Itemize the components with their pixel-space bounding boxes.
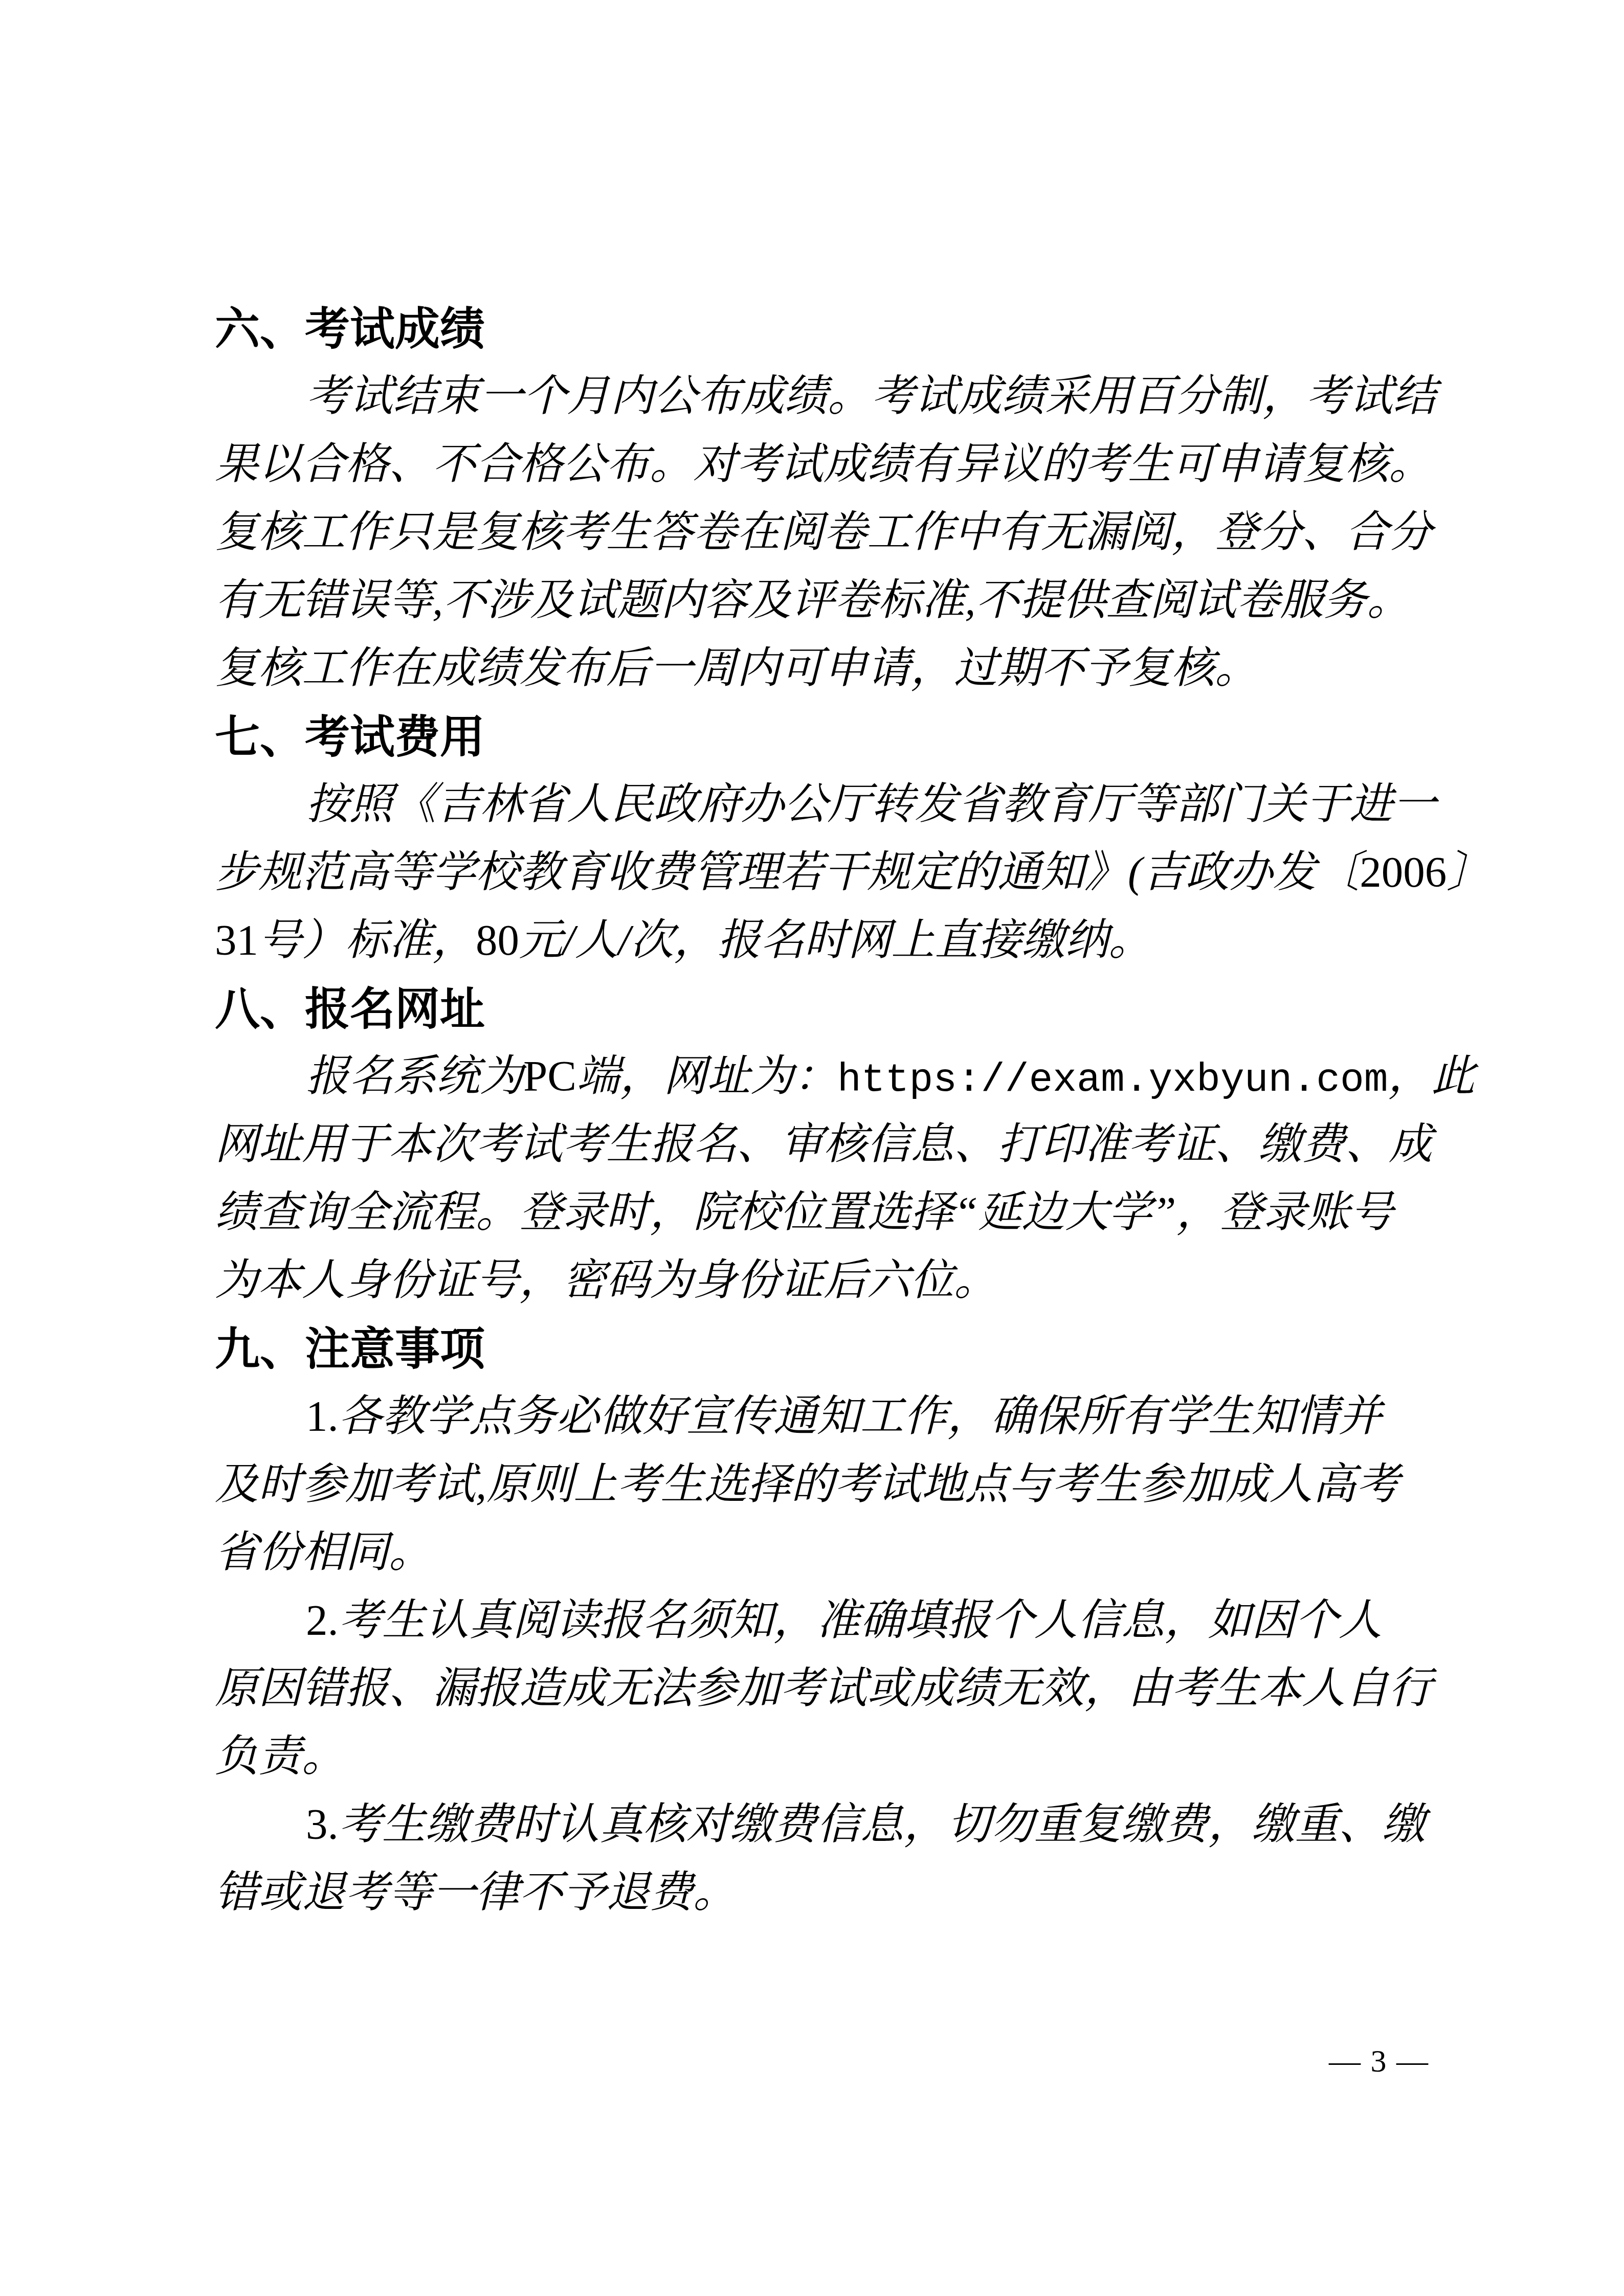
text-line: 为本人身份证号，密码为身份证后六位。 — [215, 1247, 1442, 1315]
text-segment: 31 — [215, 916, 258, 964]
text-segment: 〕 — [1447, 848, 1490, 896]
text-segment: 复核工作在成绩发布后一周内可申请，过期不予复核。 — [215, 644, 1258, 692]
section-heading: 八、报名网址 — [215, 975, 1442, 1043]
text-segment: 绩查询全流程。登录时，院校位置选择“延边大学”，登录账号 — [215, 1188, 1394, 1236]
text-segment: ，此 — [1388, 1052, 1475, 1100]
text-segment: 错或退考等一律不予退费。 — [215, 1869, 737, 1917]
text-segment: PC — [523, 1052, 576, 1100]
text-segment: 省份相同。 — [215, 1528, 432, 1577]
text-segment: 考生认真阅读报名须知，准确填报个人信息，如因个人 — [339, 1596, 1382, 1645]
text-segment: 号）标准， — [258, 916, 476, 964]
text-segment: 七、考试费用 — [215, 711, 485, 762]
text-line: 31号）标准，80元/人/次，报名时网上直接缴纳。 — [215, 907, 1442, 975]
text-segment: 复核工作只是复核考生答卷在阅卷工作中有无漏阅，登分、合分 — [215, 508, 1432, 556]
text-segment: 按照《吉林省人民政府办公厅转发省教育厅等部门关于进一 — [306, 780, 1436, 828]
text-segment: 为本人身份证号，密码为身份证后六位。 — [215, 1256, 997, 1304]
text-line: 步规范高等学校教育收费管理若干规定的通知》(吉政办发〔2006〕 — [215, 839, 1442, 907]
text-line: 错或退考等一律不予退费。 — [215, 1859, 1442, 1927]
text-line: 1.各教学点务必做好宣传通知工作，确保所有学生知情并 — [215, 1383, 1442, 1451]
text-segment: 端，网址为： — [576, 1052, 837, 1100]
text-line: 复核工作在成绩发布后一周内可申请，过期不予复核。 — [215, 635, 1442, 703]
text-line: 3.考生缴费时认真核对缴费信息，切勿重复缴费，缴重、缴 — [215, 1791, 1442, 1859]
url-text: https://exam.yxbyun.com — [837, 1058, 1388, 1103]
text-segment: 考试结束一个月内公布成绩。考试成绩采用百分制，考试结 — [306, 372, 1436, 420]
text-segment: 2. — [306, 1596, 339, 1645]
text-line: 有无错误等,不涉及试题内容及评卷标准,不提供查阅试卷服务。 — [215, 567, 1442, 635]
text-segment: 有无错误等,不涉及试题内容及评卷标准,不提供查阅试卷服务。 — [215, 576, 1411, 624]
text-segment: 3. — [306, 1800, 339, 1849]
text-segment: 80 — [476, 916, 519, 964]
document-page: 六、考试成绩考试结束一个月内公布成绩。考试成绩采用百分制，考试结果以合格、不合格… — [0, 0, 1624, 2296]
text-line: 负责。 — [215, 1723, 1442, 1791]
text-block: 六、考试成绩考试结束一个月内公布成绩。考试成绩采用百分制，考试结果以合格、不合格… — [215, 295, 1442, 1927]
section-heading: 七、考试费用 — [215, 703, 1442, 771]
text-segment: 1. — [306, 1392, 339, 1440]
text-line: 绩查询全流程。登录时，院校位置选择“延边大学”，登录账号 — [215, 1179, 1442, 1247]
text-segment: 及时参加考试,原则上考生选择的考试地点与考生参加成人高考 — [215, 1460, 1399, 1509]
text-line: 果以合格、不合格公布。对考试成绩有异议的考生可申请复核。 — [215, 431, 1442, 499]
page-number: — 3 — — [1329, 2043, 1441, 2079]
text-line: 原因错报、漏报造成无法参加考试或成绩无效，由考生本人自行 — [215, 1655, 1442, 1723]
text-line: 报名系统为PC端，网址为：https://exam.yxbyun.com，此 — [215, 1043, 1442, 1111]
text-segment: 网址用于本次考试考生报名、审核信息、打印准考证、缴费、成 — [215, 1120, 1432, 1168]
text-line: 网址用于本次考试考生报名、审核信息、打印准考证、缴费、成 — [215, 1111, 1442, 1179]
text-line: 按照《吉林省人民政府办公厅转发省教育厅等部门关于进一 — [215, 771, 1442, 839]
text-segment: 负责。 — [215, 1732, 345, 1781]
text-segment: 各教学点务必做好宣传通知工作，确保所有学生知情并 — [339, 1392, 1382, 1440]
text-segment: 考生缴费时认真核对缴费信息，切勿重复缴费，缴重、缴 — [339, 1800, 1426, 1849]
text-segment: 步规范高等学校教育收费管理若干规定的通知》(吉政办发〔 — [215, 848, 1360, 896]
text-segment: 原因错报、漏报造成无法参加考试或成绩无效，由考生本人自行 — [215, 1664, 1432, 1713]
text-line: 及时参加考试,原则上考生选择的考试地点与考生参加成人高考 — [215, 1451, 1442, 1519]
text-segment: 果以合格、不合格公布。对考试成绩有异议的考生可申请复核。 — [215, 440, 1432, 488]
text-segment: 八、报名网址 — [215, 983, 485, 1034]
section-heading: 六、考试成绩 — [215, 295, 1442, 363]
text-segment: 元/人/次，报名时网上直接缴纳。 — [519, 916, 1152, 964]
text-segment: 报名系统为 — [306, 1052, 523, 1100]
text-line: 2.考生认真阅读报名须知，准确填报个人信息，如因个人 — [215, 1587, 1442, 1655]
text-segment: 九、注意事项 — [215, 1323, 485, 1374]
text-line: 复核工作只是复核考生答卷在阅卷工作中有无漏阅，登分、合分 — [215, 499, 1442, 567]
text-line: 考试结束一个月内公布成绩。考试成绩采用百分制，考试结 — [215, 363, 1442, 431]
section-heading: 九、注意事项 — [215, 1315, 1442, 1383]
text-segment: 六、考试成绩 — [215, 303, 485, 354]
text-segment: 2006 — [1360, 848, 1447, 896]
text-line: 省份相同。 — [215, 1519, 1442, 1587]
